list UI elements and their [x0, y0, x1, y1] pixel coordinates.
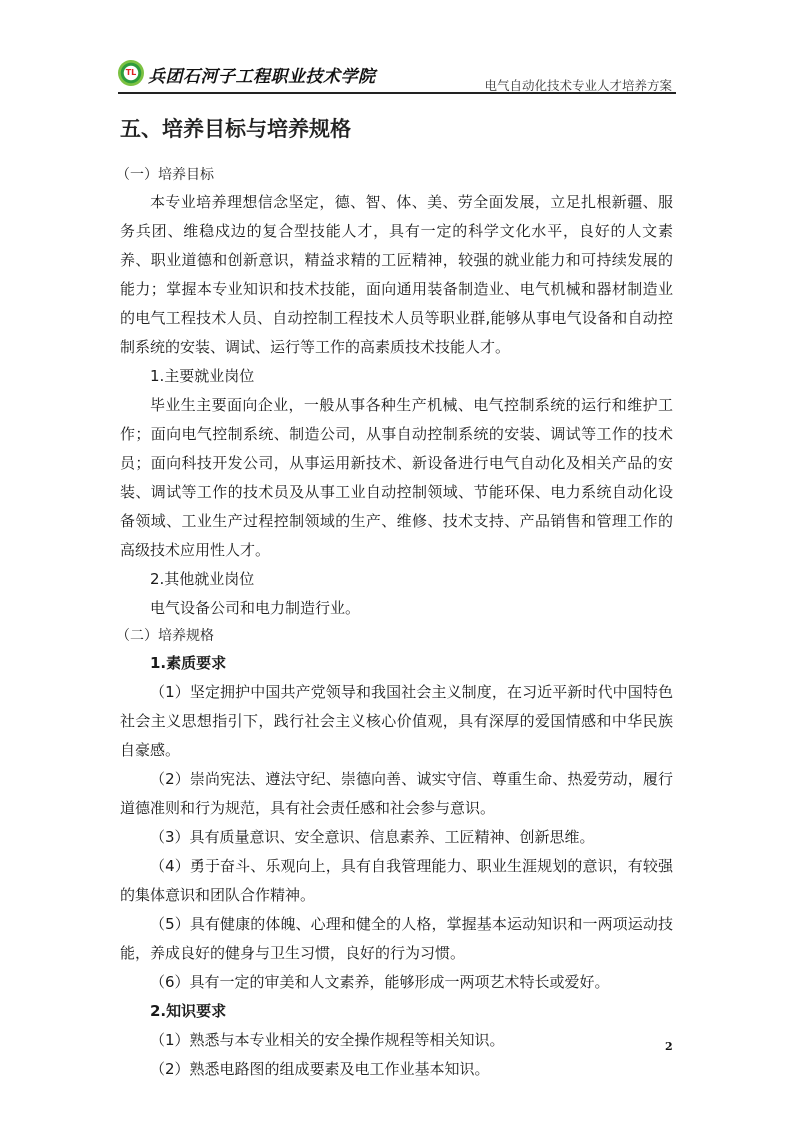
page-header: TL 兵团石河子工程职业技术学院 电气自动化技术专业人才培养方案	[118, 56, 676, 94]
spec-heading: （二）培养规格	[116, 623, 673, 649]
other-jobs-paragraph: 电气设备公司和电力制造行业。	[120, 594, 673, 623]
main-jobs-heading: 1.主要就业岗位	[120, 362, 673, 391]
quality-item: （6）具有一定的审美和人文素养，能够形成一两项艺术特长或爱好。	[120, 968, 673, 997]
knowledge-heading: 2.知识要求	[120, 997, 673, 1026]
knowledge-item: （2）熟悉电路图的组成要素及电工作业基本知识。	[120, 1055, 673, 1084]
quality-item: （3）具有质量意识、安全意识、信息素养、工匠精神、创新思维。	[120, 823, 673, 852]
knowledge-item: （1）熟悉与本专业相关的安全操作规程等相关知识。	[120, 1026, 673, 1055]
quality-item: （4）勇于奋斗、乐观向上，具有自我管理能力、职业生涯规划的意识，有较强的集体意识…	[120, 852, 673, 910]
other-jobs-heading: 2.其他就业岗位	[120, 565, 673, 594]
section-title: 五、培养目标与培养规格	[120, 112, 673, 146]
main-jobs-paragraph: 毕业生主要面向企业，一般从事各种生产机械、电气控制系统的运行和维护工作；面向电气…	[120, 391, 673, 565]
quality-item: （1）坚定拥护中国共产党领导和我国社会主义制度，在习近平新时代中国特色社会主义思…	[120, 678, 673, 765]
page-number: 2	[665, 1040, 673, 1053]
quality-item: （5）具有健康的体魄、心理和健全的人格，掌握基本运动知识和一两项运动技能，养成良…	[120, 910, 673, 968]
quality-heading: 1.素质要求	[120, 649, 673, 678]
header-rule	[118, 92, 676, 94]
page-body: 五、培养目标与培养规格 （一）培养目标 本专业培养理想信念坚定，德、智、体、美、…	[120, 112, 673, 1084]
college-emblem-icon: TL	[118, 60, 144, 86]
goal-heading: （一）培养目标	[116, 162, 673, 188]
goal-paragraph: 本专业培养理想信念坚定，德、智、体、美、劳全面发展，立足扎根新疆、服务兵团、维稳…	[120, 188, 673, 362]
quality-item: （2）崇尚宪法、遵法守纪、崇德向善、诚实守信、尊重生命、热爱劳动，履行道德准则和…	[120, 765, 673, 823]
logo-text: TL	[125, 67, 137, 79]
school-name: 兵团石河子工程职业技术学院	[148, 62, 376, 87]
